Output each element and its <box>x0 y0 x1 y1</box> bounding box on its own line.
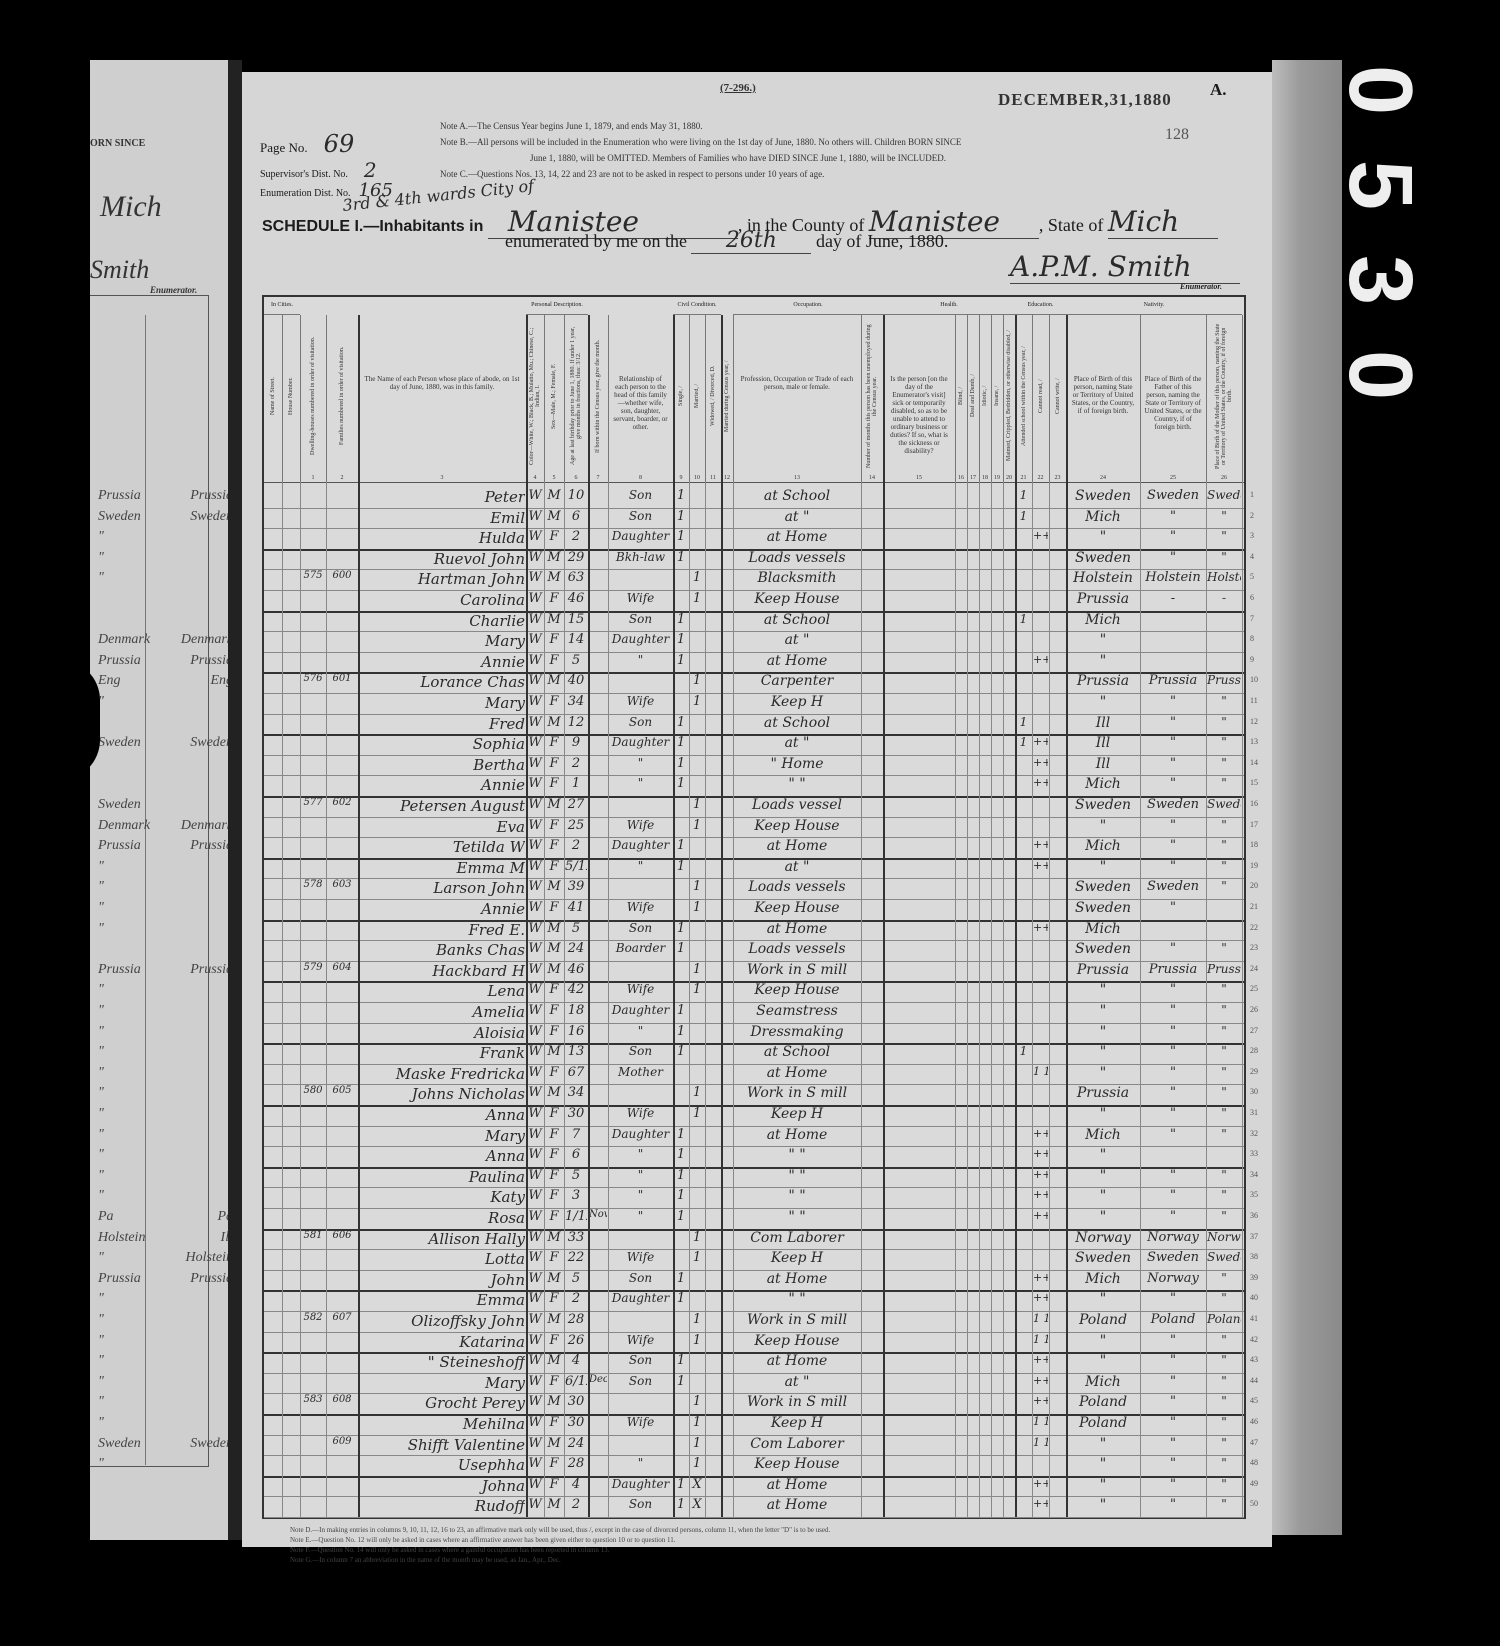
cell-occupation: Work in S mill <box>734 1085 860 1101</box>
cell-color: W <box>527 1209 543 1224</box>
cell-dwelling: 575 <box>301 570 325 581</box>
cell-cantread: 1 1 <box>1033 1333 1048 1346</box>
cell-mpob: " <box>1207 550 1241 564</box>
cell-mpob: " <box>1207 1394 1241 1408</box>
cell-sex: M <box>545 612 563 627</box>
cell-color: W <box>527 529 543 544</box>
cell-pob: Prussia <box>1067 673 1139 689</box>
column-number: 21 <box>1015 475 1032 481</box>
note-b-cont: June 1, 1880, will be OMITTED. Members o… <box>440 150 1180 166</box>
table-row: AnnieWF1"1" "++Mich"" <box>264 775 1244 796</box>
cell-sex: M <box>545 921 563 936</box>
cell-color: W <box>527 1477 543 1492</box>
line-number: 41 <box>1250 1314 1258 1323</box>
cell-pob: Poland <box>1067 1415 1139 1431</box>
cell-pob: Sweden <box>1067 879 1139 895</box>
column-number: 20 <box>1003 475 1015 481</box>
cell-fpob: " <box>1141 838 1205 853</box>
left-page-state: Mich <box>100 190 162 224</box>
cell-sex: M <box>545 1497 563 1512</box>
cell-age: 40 <box>565 673 587 688</box>
cell-rel: " <box>609 1456 672 1470</box>
line-number: 27 <box>1250 1026 1258 1035</box>
column-divider <box>282 482 283 1517</box>
cell-rel: Daughter <box>609 838 672 852</box>
column-group-nativity: Nativity. <box>1066 297 1242 315</box>
column-group-education: Education. <box>1015 297 1066 315</box>
left-page-cell: " <box>98 1168 104 1188</box>
cell-rel: " <box>609 859 672 873</box>
left-page-row: "" <box>98 1085 233 1105</box>
header-divider <box>264 482 1244 483</box>
line-number: 16 <box>1250 799 1258 808</box>
line-number: 18 <box>1250 840 1258 849</box>
cell-color: W <box>527 1291 543 1306</box>
table-row: KatarinaWF26Wife1Keep House1 1""" <box>264 1332 1244 1353</box>
left-page-cell: Denmark <box>181 632 233 652</box>
cell-color: W <box>527 1415 543 1430</box>
cell-family: 603 <box>327 879 357 890</box>
table-row: SophiaWF9Daughter1at "1++Ill"" <box>264 734 1244 755</box>
cell-sex: F <box>545 1168 563 1183</box>
left-page-row <box>98 715 233 735</box>
column-number: 14 <box>861 475 883 481</box>
cell-fpob: " <box>1141 756 1205 771</box>
cell-mpob: Holstein <box>1207 570 1241 584</box>
cell-rel: Wife <box>609 591 672 605</box>
column-number: 25 <box>1140 475 1206 481</box>
cell-sex: F <box>545 1209 563 1224</box>
reel-digit: 3 <box>1345 245 1425 315</box>
cell-sex: F <box>545 1415 563 1430</box>
column-header: Place of Birth of the Father of this per… <box>1140 315 1207 482</box>
column-header-label: Color—White, W.; Black, B.; Mulatto, Mu.… <box>529 321 541 471</box>
left-page-row: DenmarkDenmark <box>98 632 233 652</box>
cell-cantread: ++ <box>1033 859 1048 872</box>
column-header-label: Families numbered in order of visitation… <box>339 321 345 471</box>
left-page-row: "" <box>98 1291 233 1311</box>
cell-sex: F <box>545 1250 563 1265</box>
cell-cantread: ++ <box>1033 1291 1048 1304</box>
cell-pob: Poland <box>1067 1394 1139 1410</box>
column-divider <box>1003 482 1004 1517</box>
cell-single: 1 <box>674 715 688 730</box>
cell-fpob: " <box>1141 1003 1205 1018</box>
cell-mpob: Sweden <box>1207 488 1241 502</box>
column-header-label: Maimed, Crippled, Bedridden, or otherwis… <box>1006 321 1012 471</box>
cell-color: W <box>527 570 543 585</box>
cell-color: W <box>527 632 543 647</box>
cell-single: 1 <box>674 921 688 936</box>
column-divider <box>733 482 734 1517</box>
cell-married: 1 <box>690 673 704 688</box>
cell-color: W <box>527 694 543 709</box>
cell-fpob: " <box>1141 735 1205 750</box>
left-page-enumerator-label: Enumerator. <box>150 285 197 295</box>
cell-dwelling: 577 <box>301 797 325 808</box>
cell-cantread: 1 1 <box>1033 1415 1048 1428</box>
column-group-personal-description: Personal Description. <box>526 297 588 315</box>
column-header-label: Married, / <box>694 321 700 471</box>
cell-dwelling: 583 <box>301 1394 325 1405</box>
left-page-cell: " <box>98 1353 104 1373</box>
cell-name: Paulina <box>359 1168 525 1186</box>
line-number: 37 <box>1250 1232 1258 1241</box>
cell-pob: " <box>1067 1168 1139 1184</box>
cell-single: 1 <box>674 1477 688 1492</box>
cell-married: 1 <box>690 1394 704 1409</box>
left-page-row: SwedenSweden <box>98 1436 233 1456</box>
left-page-cell: " <box>98 879 104 899</box>
cell-pob: Norway <box>1067 1230 1139 1246</box>
date-stamp: DECEMBER,31,1880 <box>998 90 1172 110</box>
cell-pob: " <box>1067 653 1139 669</box>
book-binding <box>228 60 242 1540</box>
cell-single: 1 <box>674 859 688 874</box>
cell-fpob: " <box>1141 1085 1205 1100</box>
cell-occupation: Keep House <box>734 982 860 998</box>
cell-single: 1 <box>674 1374 688 1389</box>
cell-age: 28 <box>565 1312 587 1327</box>
cell-rel: " <box>609 653 672 667</box>
column-header-label: Deaf and Dumb, / <box>970 321 976 471</box>
left-page-cell: Prussia <box>190 488 233 508</box>
cell-color: W <box>527 1353 543 1368</box>
cell-mpob: Prussia <box>1207 962 1241 976</box>
cell-fpob: " <box>1141 1291 1205 1306</box>
cell-married: 1 <box>690 1106 704 1121</box>
cell-fpob: " <box>1141 776 1205 791</box>
cell-age: 2 <box>565 838 587 853</box>
cell-color: W <box>527 673 543 688</box>
left-page-row: PrussiaPrussia <box>98 838 233 858</box>
cell-pob: " <box>1067 1065 1139 1081</box>
cell-sex: F <box>545 1477 563 1492</box>
left-page-cell: Prussia <box>190 838 233 858</box>
cell-sex: M <box>545 509 563 524</box>
enumerated-label: enumerated by me on the <box>505 231 687 251</box>
cell-name: Olizoffsky John <box>359 1312 525 1330</box>
cell-married: 1 <box>690 1312 704 1327</box>
note-c: Note C.—Questions Nos. 13, 14, 22 and 23… <box>440 166 1180 182</box>
cell-pob: " <box>1067 1044 1139 1060</box>
cell-fpob: " <box>1141 1168 1205 1183</box>
cell-married: 1 <box>690 694 704 709</box>
column-header: Relationship of each person to the head … <box>608 315 675 482</box>
cell-mpob: " <box>1207 1477 1241 1491</box>
left-page-row <box>98 756 233 776</box>
cell-fpob: " <box>1141 1127 1205 1142</box>
cell-occupation: Keep House <box>734 900 860 916</box>
left-page-cell: " <box>98 921 104 941</box>
cell-age: 1 <box>565 776 587 791</box>
cell-rel: Wife <box>609 694 672 708</box>
cell-cantread: ++ <box>1033 1168 1048 1181</box>
left-page-signature: Smith <box>90 255 149 285</box>
cell-mpob: Sweden <box>1207 1250 1241 1264</box>
left-page-row: "" <box>98 529 233 549</box>
cell-single: 1 <box>674 529 688 544</box>
left-page-cell: Denmark <box>98 818 150 838</box>
cell-single: 1 <box>674 632 688 647</box>
cell-rel: Daughter <box>609 1003 672 1017</box>
cell-name: Carolina <box>359 591 525 609</box>
column-header: Families numbered in order of visitation… <box>326 315 360 482</box>
cell-mpob: " <box>1207 1333 1241 1347</box>
cell-sex: M <box>545 962 563 977</box>
left-page-cell: " <box>98 982 104 1002</box>
cell-sex: F <box>545 632 563 647</box>
cell-name: Hartman John <box>359 570 525 588</box>
line-number: 11 <box>1250 696 1258 705</box>
cell-age: 24 <box>565 1436 587 1451</box>
cell-mpob: " <box>1207 509 1241 523</box>
cell-color: W <box>527 653 543 668</box>
cell-family: 608 <box>327 1394 357 1405</box>
cell-fpob: " <box>1141 859 1205 874</box>
cell-married: 1 <box>690 570 704 585</box>
cell-married: 1 <box>690 900 704 915</box>
cell-occupation: Carpenter <box>734 673 860 689</box>
cell-fpob: " <box>1141 1394 1205 1409</box>
column-number: 5 <box>544 475 564 481</box>
line-number: 6 <box>1250 593 1254 602</box>
left-page-cell: Sweden <box>98 509 141 529</box>
cell-occupation: at School <box>734 612 860 628</box>
page-no-value: 69 <box>324 130 355 158</box>
cell-pob: Mich <box>1067 509 1139 525</box>
cell-sex: M <box>545 673 563 688</box>
cell-name: Frank <box>359 1044 525 1062</box>
table-row: PaulinaWF5"1" "++""" <box>264 1167 1244 1188</box>
left-page-cell: Sweden <box>190 735 233 755</box>
table-row: 578603Larson JohnWM391Loads vesselsSwede… <box>264 878 1244 899</box>
left-page-row: HolsteinIll <box>98 1230 233 1250</box>
cell-pob: Sweden <box>1067 941 1139 957</box>
left-page-row <box>98 776 233 796</box>
cell-pob: Mich <box>1067 1374 1139 1390</box>
cell-color: W <box>527 1147 543 1162</box>
cell-rel: Daughter <box>609 1291 672 1305</box>
cell-age: 34 <box>565 1085 587 1100</box>
cell-color: W <box>527 1065 543 1080</box>
cell-color: W <box>527 1312 543 1327</box>
left-page-cell: " <box>98 1024 104 1044</box>
left-page-cell: " <box>98 1085 104 1105</box>
cell-sex: F <box>545 756 563 771</box>
table-row: Ruevol JohnWM29Bkh-law1Loads vesselsSwed… <box>264 549 1244 570</box>
table-row: MehilnaWF30Wife1Keep H1 1Poland"" <box>264 1414 1244 1435</box>
cell-name: Lotta <box>359 1250 525 1268</box>
left-page-row: "" <box>98 550 233 570</box>
cell-color: W <box>527 921 543 936</box>
line-number: 26 <box>1250 1005 1258 1014</box>
cell-color: W <box>527 1024 543 1039</box>
reel-digit: 5 <box>1345 150 1425 220</box>
cell-fpob: Holstein <box>1141 570 1205 585</box>
column-number: 23 <box>1049 475 1066 481</box>
line-number: 50 <box>1250 1499 1258 1508</box>
column-header: Single, /9 <box>673 315 690 482</box>
cell-pob: Mich <box>1067 1127 1139 1143</box>
column-divider <box>326 482 327 1517</box>
table-row: RosaWF1/12Nov"1" "++""" <box>264 1208 1244 1229</box>
cell-rel: Wife <box>609 1250 672 1264</box>
cell-pob: Mich <box>1067 838 1139 854</box>
cell-family: 601 <box>327 673 357 684</box>
left-page-row: SwedenSweden <box>98 509 233 529</box>
cell-cantread: 1 1 <box>1033 1312 1048 1325</box>
cell-fpob: Prussia <box>1141 962 1205 977</box>
cell-married: 1 <box>690 591 704 606</box>
cell-color: W <box>527 1456 543 1471</box>
cell-name: Mary <box>359 632 525 650</box>
cell-sex: F <box>545 838 563 853</box>
column-divider <box>300 482 301 1517</box>
column-number: 17 <box>967 475 979 481</box>
table-row: FrankWM13Son1at School1""" <box>264 1043 1244 1064</box>
column-divider <box>1066 482 1068 1517</box>
cell-occupation: Keep House <box>734 591 860 607</box>
cell-single: 1 <box>674 1147 688 1162</box>
cell-sex: F <box>545 1127 563 1142</box>
line-number: 36 <box>1250 1211 1258 1220</box>
table-row: RudoffWM2Son1Xat Home++""" <box>264 1496 1244 1517</box>
table-row: 581606Allison HallyWM331Com LaborerNorwa… <box>264 1229 1244 1250</box>
cell-name: Amelia <box>359 1003 525 1021</box>
left-page-row: "" <box>98 1188 233 1208</box>
table-row: JohnaWF4Daughter1Xat Home++""" <box>264 1476 1244 1497</box>
cell-age: 34 <box>565 694 587 709</box>
cell-dwelling: 576 <box>301 673 325 684</box>
line-number: 4 <box>1250 552 1254 561</box>
table-row: EmmaWF2Daughter1" "++""" <box>264 1290 1244 1311</box>
cell-fpob: Norway <box>1141 1271 1205 1286</box>
cell-pob: Sweden <box>1067 900 1139 916</box>
cell-age: 5 <box>565 1168 587 1183</box>
column-number: 12 <box>721 475 733 481</box>
cell-single: 1 <box>674 1353 688 1368</box>
column-divider <box>1049 482 1050 1517</box>
table-row: MaryWF6/12DecSon1at "++Mich"" <box>264 1373 1244 1394</box>
left-page-cell: " <box>98 859 104 879</box>
cell-age: 28 <box>565 1456 587 1471</box>
cell-color: W <box>527 1333 543 1348</box>
cell-mpob: Prussia <box>1207 673 1241 687</box>
cell-color: W <box>527 797 543 812</box>
cell-married: X <box>690 1497 704 1512</box>
left-page-cell: " <box>98 1374 104 1394</box>
cell-school: 1 <box>1016 509 1031 523</box>
left-page-cell: Prussia <box>190 962 233 982</box>
cell-rel: Wife <box>609 1333 672 1347</box>
line-number: 15 <box>1250 778 1258 787</box>
cell-mpob: " <box>1207 1065 1241 1079</box>
cell-pob: " <box>1067 1147 1139 1163</box>
cell-family: 607 <box>327 1312 357 1323</box>
notes-bottom: Note D.—In making entries in columns 9, … <box>290 1525 1190 1565</box>
cell-mpob: " <box>1207 1374 1241 1388</box>
column-divider <box>721 482 723 1517</box>
cell-cantread: ++ <box>1033 653 1048 666</box>
line-number: 1 <box>1250 490 1254 499</box>
cell-name: " Steineshoff <box>359 1353 525 1371</box>
cell-color: W <box>527 591 543 606</box>
column-header-label: Sex—Male, M.; Female, F. <box>551 321 557 471</box>
cell-family: 602 <box>327 797 357 808</box>
column-number: 3 <box>358 475 526 481</box>
cell-occupation: Loads vessel <box>734 797 860 813</box>
table-row: MaryWF34Wife1Keep H""" <box>264 693 1244 714</box>
column-divider <box>608 482 609 1517</box>
cell-cantread: ++ <box>1033 1497 1048 1510</box>
cell-name: Aloisia <box>359 1024 525 1042</box>
table-row: 580605Johns NicholasWM341Work in S millP… <box>264 1084 1244 1105</box>
cell-color: W <box>527 879 543 894</box>
cell-name: Emil <box>359 509 525 527</box>
cell-age: 2 <box>565 529 587 544</box>
cell-sex: M <box>545 488 563 503</box>
cell-color: W <box>527 1230 543 1245</box>
left-page-row: "" <box>98 1374 233 1394</box>
note-b: Note B.—All persons will be included in … <box>440 134 1180 150</box>
cell-name: Larson John <box>359 879 525 897</box>
column-header-label: Place of Birth of the Mother of this per… <box>1215 321 1233 471</box>
cell-name: Anna <box>359 1106 525 1124</box>
cell-color: W <box>527 1127 543 1142</box>
cell-single: 1 <box>674 1271 688 1286</box>
cell-name: Lorance Chas <box>359 673 525 691</box>
column-header: Color—White, W.; Black, B.; Mulatto, Mu.… <box>526 315 545 482</box>
cell-pob: " <box>1067 529 1139 545</box>
column-number: 16 <box>955 475 967 481</box>
cell-occupation: Keep House <box>734 1333 860 1349</box>
column-number: 6 <box>564 475 588 481</box>
line-number: 42 <box>1250 1335 1258 1344</box>
enumerator-signature: A.P.M. Smith <box>1010 250 1240 284</box>
cell-married: 1 <box>690 962 704 977</box>
cell-age: 41 <box>565 900 587 915</box>
column-header-label: Place of Birth of the Father of this per… <box>1140 315 1206 431</box>
cell-sex: F <box>545 1374 563 1389</box>
left-page-cell: " <box>98 1003 104 1023</box>
table-row: CharlieWM15Son1at School1Mich <box>264 611 1244 632</box>
cell-mpob: " <box>1207 1003 1241 1017</box>
supervisor-value: 2 <box>364 158 377 182</box>
cell-dwelling: 580 <box>301 1085 325 1096</box>
cell-rel: Bkh-law <box>609 550 672 564</box>
cell-sex: M <box>545 1353 563 1368</box>
cell-age: 30 <box>565 1106 587 1121</box>
cell-pob: " <box>1067 818 1139 834</box>
cell-sex: M <box>545 550 563 565</box>
cell-age: 12 <box>565 715 587 730</box>
cell-color: W <box>527 838 543 853</box>
cell-pob: " <box>1067 1477 1139 1493</box>
cell-occupation: " " <box>734 1168 860 1184</box>
cell-name: Petersen August <box>359 797 525 815</box>
cell-pob: " <box>1067 1024 1139 1040</box>
left-page-row: "" <box>98 1333 233 1353</box>
left-page-row: "" <box>98 570 233 590</box>
cell-age: 4 <box>565 1477 587 1492</box>
column-header: Name of Street. <box>264 315 283 482</box>
cell-age: 3 <box>565 1188 587 1203</box>
cell-family: 606 <box>327 1230 357 1241</box>
left-page-row <box>98 941 233 961</box>
left-page-cell: " <box>98 1312 104 1332</box>
column-number: 4 <box>526 475 544 481</box>
